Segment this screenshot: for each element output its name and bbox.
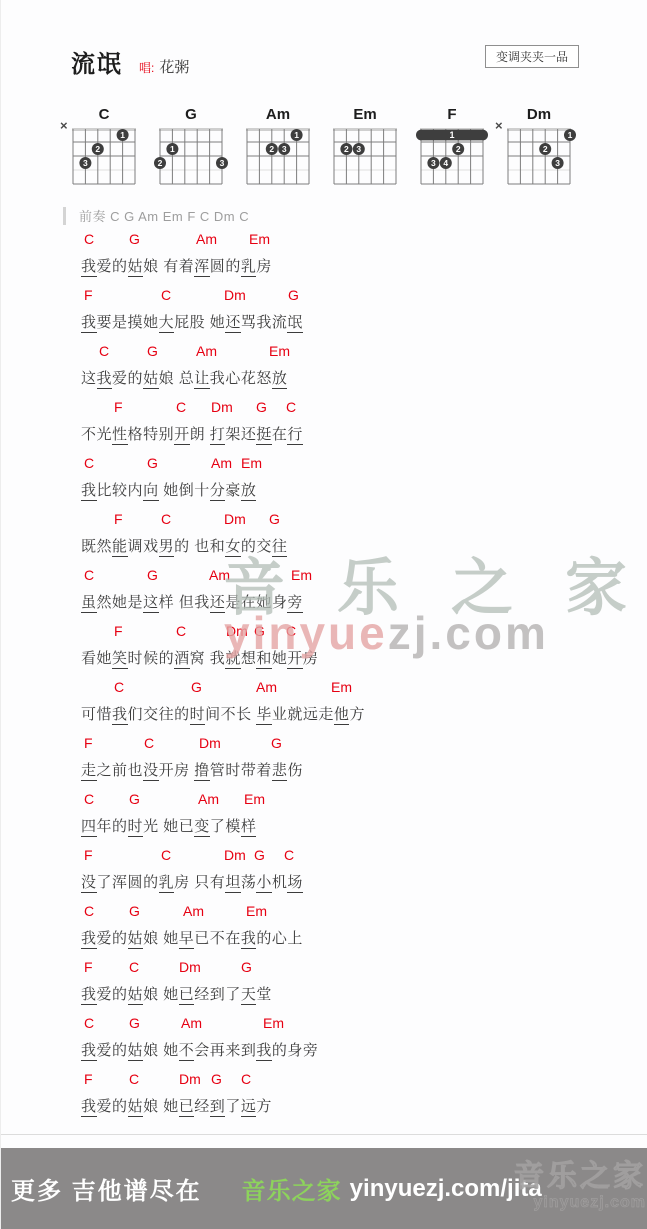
chord-label: C [114,679,124,695]
chord-label: Em [249,231,270,247]
chord-label: Am [198,791,219,807]
chord-label: Em [246,903,267,919]
chord-label: Dm [179,959,201,975]
chord-label: C [84,791,94,807]
footer-watermark-brand: 音乐之家 [514,1160,646,1194]
chord-label: C [84,1015,94,1031]
chord-label: Am [183,903,204,919]
chord-label: Em [291,567,312,583]
chord-label: Am [211,455,232,471]
footer-watermark-logo: 音乐之家 yinyuezj.com [514,1160,646,1212]
intro-marker-bar [63,207,66,225]
footer-prefix: 更多 吉他谱尽在 [11,1171,202,1206]
song-line: FCDmGC不光性格特别开朗 打架还挺在行 [81,399,641,455]
chord-label: C [84,903,94,919]
svg-text:3: 3 [282,144,287,154]
chord-label: Am [196,343,217,359]
lyric-line: 没了浑圆的乳房 只有坦荡小机场 [81,871,303,892]
chord-label: G [241,959,252,975]
song-line: FCDmGC看她笑时候的酒窝 我就想和她开房 [81,623,641,679]
chord-label: C [286,623,296,639]
muted-string-x-icon: × [495,118,503,133]
chord-grid: 123 [247,128,309,184]
lyric-line: 可惜我们交往的时间不长 毕业就远走他方 [81,703,365,724]
chord-label: F [114,623,123,639]
lyric-line: 既然能调戏男的 也和女的交往 [81,535,287,556]
chord-label: C [176,399,186,415]
song-line: FCDmG既然能调戏男的 也和女的交往 [81,511,641,567]
lyric-line: 虽然她是这样 但我还是在她身旁 [81,591,303,612]
page: 流氓 唱: 花粥 变调夹夹一品 C×123G123Am123Em23F1234D… [0,0,647,1229]
svg-text:1: 1 [294,130,299,140]
chord-label: Em [241,455,262,471]
chord-name: F [421,106,483,123]
chord-label: Am [181,1015,202,1031]
chord-label: G [129,231,140,247]
svg-text:3: 3 [555,158,560,168]
chord-label: G [191,679,202,695]
chord-name: C [73,106,135,123]
chord-diagram-F: F1234 [421,128,483,184]
svg-text:3: 3 [220,158,225,168]
capo-button[interactable]: 变调夹夹一品 [485,45,579,68]
svg-text:2: 2 [456,144,461,154]
chord-label: C [161,847,171,863]
chord-grid: 23 [334,128,396,184]
chord-grid: 123 [160,128,222,184]
lyric-line: 我爱的姑娘 她已经到了远方 [81,1095,272,1116]
chord-label: C [241,1071,251,1087]
song-line: CGAmEm我爱的姑娘 她不会再来到我的身旁 [81,1015,641,1071]
footer-banner[interactable]: 更多 吉他谱尽在 音乐之家 yinyuezj.com/jita 音乐之家 yin… [1,1148,647,1229]
chord-label: Dm [224,847,246,863]
song-line: CGAmEm虽然她是这样 但我还是在她身旁 [81,567,641,623]
lyric-line: 我爱的姑娘 她早已不在我的心上 [81,927,303,948]
chord-name: G [160,106,222,123]
chord-label: G [256,399,267,415]
song-line: FCDmG我要是摸她大屁股 她还骂我流氓 [81,287,641,343]
chord-label: F [84,847,93,863]
song-line: CGAmEm我爱的姑娘 有着浑圆的乳房 [81,231,641,287]
lyric-line: 这我爱的姑娘 总让我心花怒放 [81,367,287,388]
chord-label: G [254,623,265,639]
chord-label: Em [263,1015,284,1031]
footer-brand: 音乐之家 [242,1171,342,1206]
svg-text:4: 4 [443,158,448,168]
song-line: CGAmEm这我爱的姑娘 总让我心花怒放 [81,343,641,399]
chord-label: Dm [179,1071,201,1087]
lyric-line: 我比较内向 她倒十分豪放 [81,479,256,500]
footer-url: yinyuezj.com/jita [350,1175,542,1203]
chord-diagram-G: G123 [160,128,222,184]
chord-label: Am [196,231,217,247]
chord-label: G [129,903,140,919]
song-line: CGAmEm可惜我们交往的时间不长 毕业就远走他方 [81,679,641,735]
svg-text:2: 2 [269,144,274,154]
chord-label: F [114,511,123,527]
chord-label: C [84,231,94,247]
song-line: FCDmG走之前也没开房 撸管时带着悲伤 [81,735,641,791]
chord-diagram-Dm: Dm×123 [508,128,570,184]
chord-label: G [211,1071,222,1087]
svg-text:2: 2 [543,144,548,154]
svg-text:1: 1 [120,130,125,140]
lyric-line: 我爱的姑娘 有着浑圆的乳房 [81,255,272,276]
svg-text:3: 3 [356,144,361,154]
chord-diagram-Em: Em23 [334,128,396,184]
intro-text: 前奏 C G Am Em F C Dm C [79,206,249,225]
chord-label: F [84,959,93,975]
song-line: FCDmGC我爱的姑娘 她已经到了远方 [81,1071,641,1127]
song-line: FCDmGC没了浑圆的乳房 只有坦荡小机场 [81,847,641,903]
chord-label: F [84,1071,93,1087]
intro-line: 前奏 C G Am Em F C Dm C [63,206,249,225]
chord-label: G [269,511,280,527]
chord-label: C [84,567,94,583]
chord-label: Dm [211,399,233,415]
chord-label: F [114,399,123,415]
chord-label: C [176,623,186,639]
svg-text:2: 2 [95,144,100,154]
chord-label: C [129,1071,139,1087]
chord-label: C [84,455,94,471]
chord-grid: 1234 [421,128,483,184]
song-line: CGAmEm四年的时光 她已变了模样 [81,791,641,847]
chord-grid: 123 [73,128,135,184]
chord-label: G [129,1015,140,1031]
chord-label: Em [269,343,290,359]
footer-watermark-url: yinyuezj.com [514,1194,646,1212]
chord-label: Am [256,679,277,695]
chord-label: G [147,567,158,583]
page-title: 流氓 [71,44,123,79]
chord-label: C [144,735,154,751]
header: 流氓 唱: 花粥 [71,44,189,79]
divider-line [1,1134,647,1135]
chord-label: Dm [226,623,248,639]
svg-text:2: 2 [158,158,163,168]
chord-label: G [147,343,158,359]
song-line: CGAmEm我比较内向 她倒十分豪放 [81,455,641,511]
lyric-line: 我爱的姑娘 她已经到了天堂 [81,983,272,1004]
chord-name: Em [334,106,396,123]
chord-label: G [254,847,265,863]
chord-diagram-Am: Am123 [247,128,309,184]
chord-label: C [286,399,296,415]
chord-label: C [161,511,171,527]
chord-label: G [129,791,140,807]
chord-name: Am [247,106,309,123]
chord-label: C [99,343,109,359]
svg-text:1: 1 [568,130,573,140]
lyric-line: 走之前也没开房 撸管时带着悲伤 [81,759,303,780]
lyric-line: 四年的时光 她已变了模样 [81,815,256,836]
artist-name: 花粥 [159,56,189,77]
svg-text:3: 3 [83,158,88,168]
svg-text:1: 1 [449,130,454,140]
chord-label: Dm [199,735,221,751]
song-line: CGAmEm我爱的姑娘 她早已不在我的心上 [81,903,641,959]
chord-name: Dm [508,106,570,123]
song-line: FCDmG我爱的姑娘 她已经到了天堂 [81,959,641,1015]
lyric-line: 我要是摸她大屁股 她还骂我流氓 [81,311,303,332]
lyric-line: 我爱的姑娘 她不会再来到我的身旁 [81,1039,318,1060]
lyric-line: 不光性格特别开朗 打架还挺在行 [81,423,303,444]
chord-label: F [84,735,93,751]
chord-label: G [288,287,299,303]
muted-string-x-icon: × [60,118,68,133]
chord-label: C [161,287,171,303]
svg-text:1: 1 [170,144,175,154]
svg-text:3: 3 [431,158,436,168]
chord-label: G [271,735,282,751]
chord-label: Dm [224,511,246,527]
chord-label: F [84,287,93,303]
chord-label: C [284,847,294,863]
sing-label: 唱: [139,59,154,76]
lyric-line: 看她笑时候的酒窝 我就想和她开房 [81,647,318,668]
chord-grid: 123 [508,128,570,184]
chord-diagram-C: C×123 [73,128,135,184]
chord-label: Am [209,567,230,583]
chord-label: Dm [224,287,246,303]
chord-label: G [147,455,158,471]
chord-label: Em [331,679,352,695]
chord-label: C [129,959,139,975]
chord-label: Em [244,791,265,807]
svg-text:2: 2 [344,144,349,154]
